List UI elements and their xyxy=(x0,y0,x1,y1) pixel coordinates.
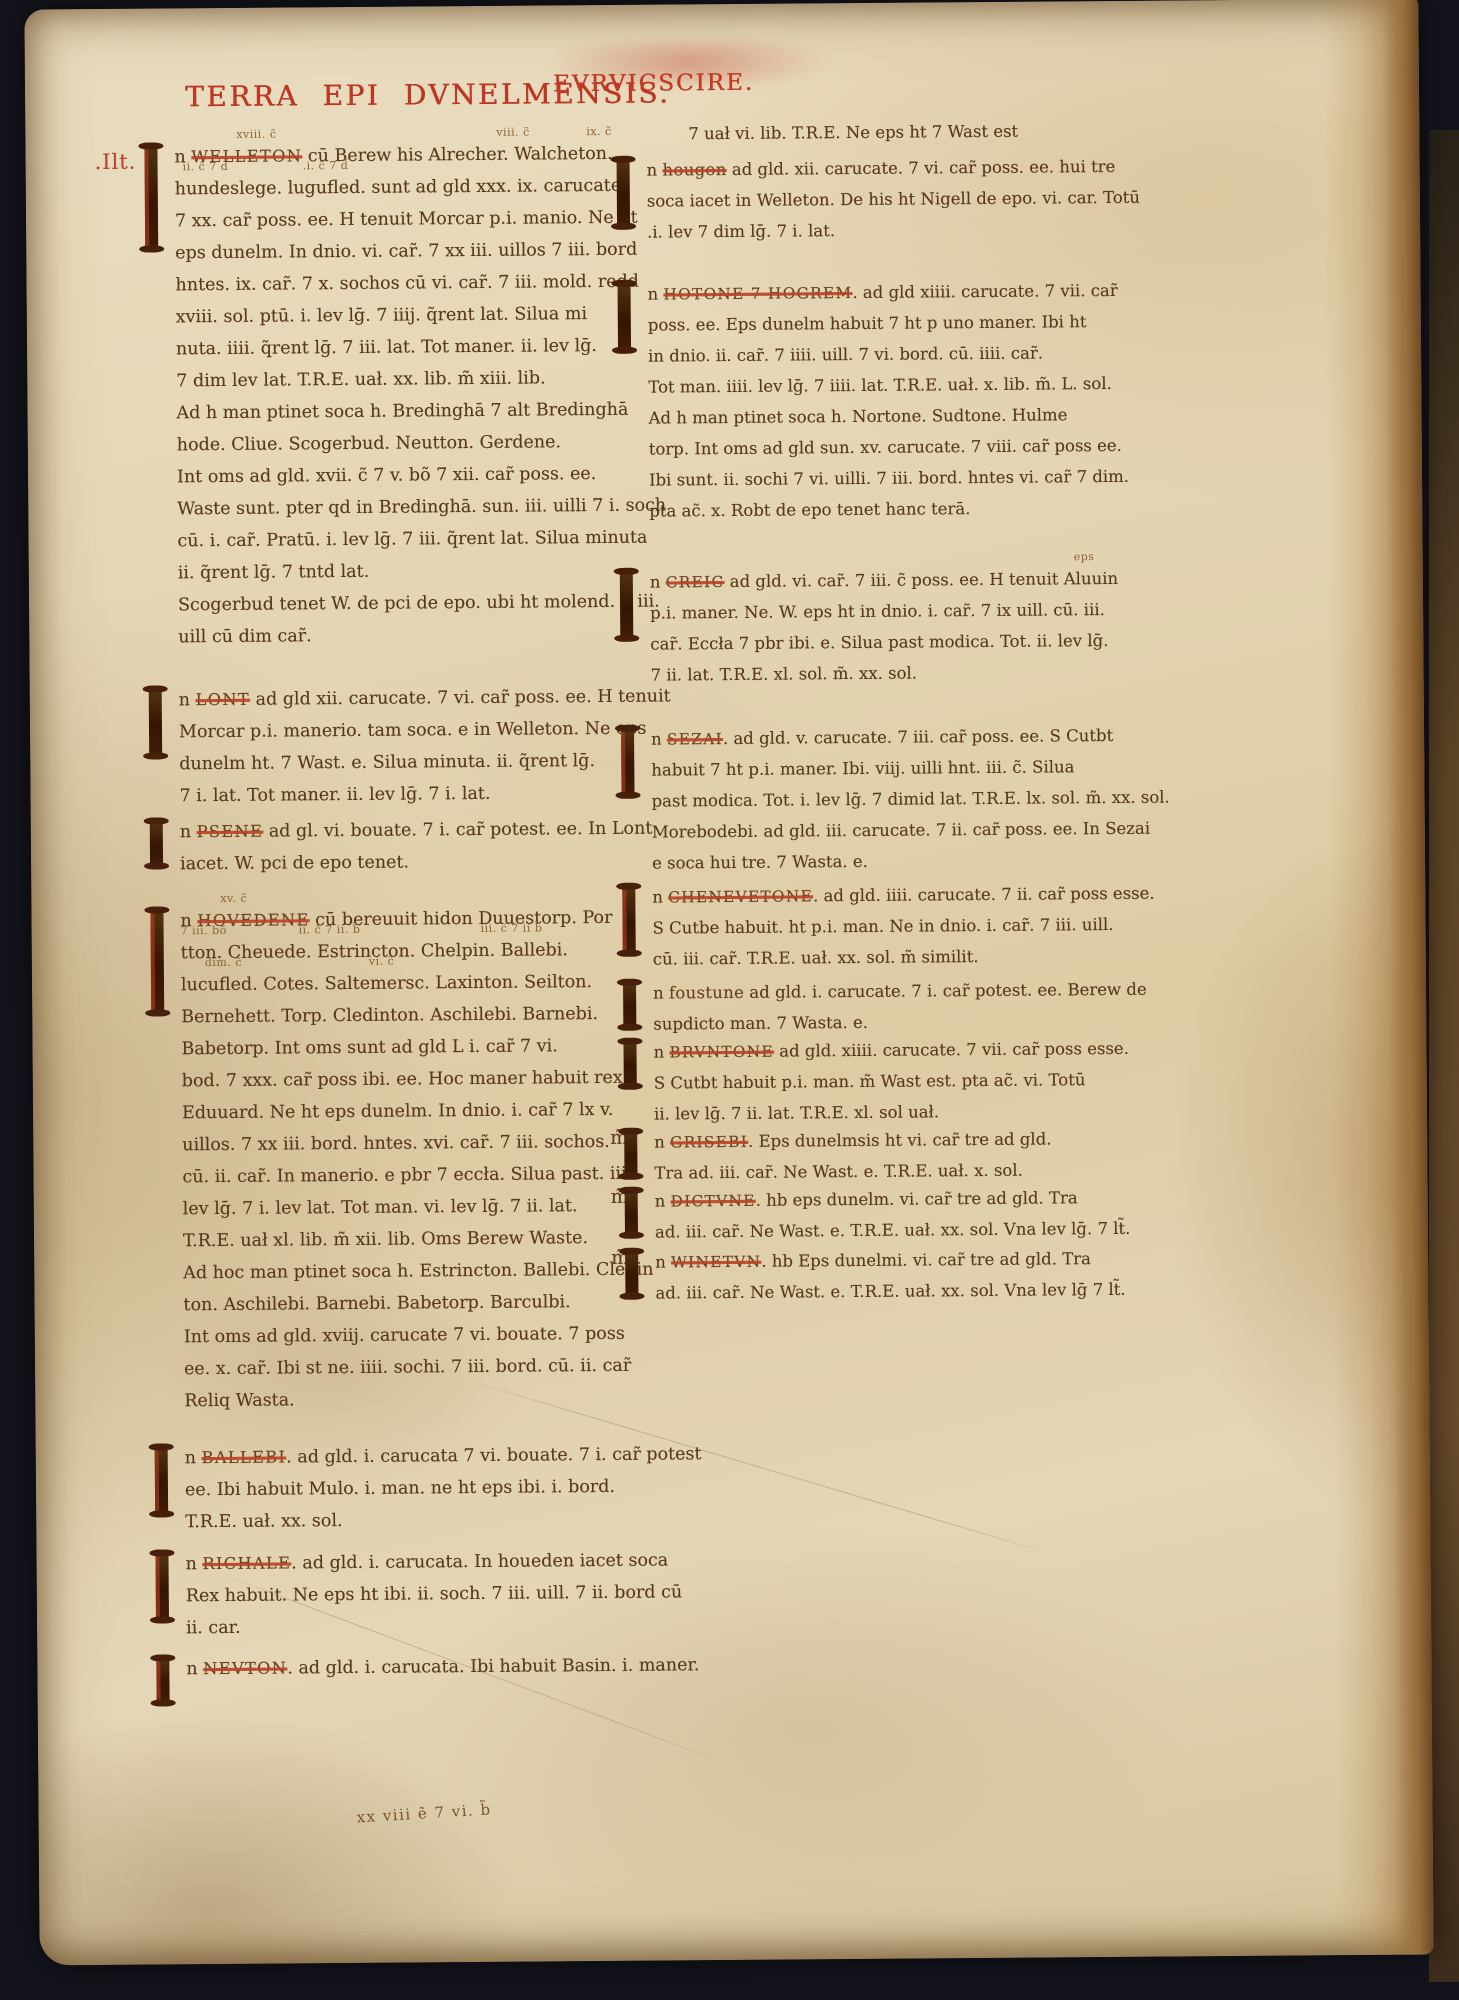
text-line: n Hotone 7 Hogrem. ad gld xiiii. carucat… xyxy=(647,275,1127,310)
text-line: xviii. sol. ptū. i. lev lḡ. 7 iiij. q̃re… xyxy=(176,297,665,333)
entry-sezai: n Sezai. ad gld. v. carucate. 7 iii. car… xyxy=(651,720,1170,879)
text-line: n Welleton cū Berew his Alrecher. Walche… xyxy=(174,137,663,173)
text-line: p.i. maner. Ne. W. eps ht in dnio. i. ca… xyxy=(650,594,1118,629)
line-text: cū Berew his Alrecher. Walcheton. xyxy=(302,144,613,166)
initial-lead: n xyxy=(185,1448,202,1468)
interlinear-gloss: ix. c̃ xyxy=(586,125,611,138)
interlinear-gloss: 7 iii. bõ xyxy=(181,924,227,937)
text-line: Morebodebi. ad gld. iii. carucate. 7 ii.… xyxy=(652,813,1170,848)
text-line: Int oms ad gld. xviij. carucate 7 vi. bo… xyxy=(184,1318,654,1354)
text-line: cū. ii. car̃. In manerio. e pbr 7 eccła.… xyxy=(182,1158,652,1194)
place-name-rubric: hougon xyxy=(662,160,726,180)
line-text: ad gld. xiiii. carucate. 7 vii. car̃ pos… xyxy=(774,1039,1129,1061)
entry-winetvn: m̃n Winetvn. hb Eps dunelmi. vi. car̃ tr… xyxy=(655,1243,1126,1309)
initial-lead: n xyxy=(185,1554,202,1574)
interlinear-gloss: dim. c̃ xyxy=(205,956,242,969)
initial-lead: n xyxy=(652,887,668,906)
illuminated-initial xyxy=(155,1553,169,1619)
line-text: 7 uał vi. lib. T.R.E. Ne eps ht 7 Wast e… xyxy=(688,122,1018,144)
text-line: iacet. W. pci de epo tenet. xyxy=(180,845,653,881)
text-line: lucufled. Cotes. Saltemersc. Laxinton. S… xyxy=(181,966,651,1002)
text-line: n Dictvne. hb eps dunelm. vi. car̃ tre a… xyxy=(655,1182,1131,1217)
manuscript-page: TERRA EPI DVNELMENSIS. EVRVICSCIRE. .Ilt… xyxy=(24,0,1433,1965)
text-line: Eduuard. Ne ht eps dunelm. In dnio. i. c… xyxy=(182,1094,652,1130)
initial-lead: n xyxy=(647,160,663,179)
initial-lead: n xyxy=(648,284,664,303)
text-line: T.R.E. uał xl. lib. m̃ xii. lib. Oms Ber… xyxy=(183,1222,653,1258)
text-line: n Winetvn. hb Eps dunelmi. vi. car̃ tre … xyxy=(655,1243,1125,1278)
binding-gutter xyxy=(1322,0,1433,1955)
text-line: eps dunelm. In dnio. vi. car̃. 7 xx iii.… xyxy=(175,233,664,269)
text-line: n Ballebi. ad gld. i. carucata 7 vi. bou… xyxy=(185,1438,702,1474)
text-line: ad. iii. car̃. Ne Wast. e. T.R.E. uał. x… xyxy=(655,1213,1131,1248)
text-line: S Cutbt habuit p.i. man. m̃ Wast est. pt… xyxy=(654,1064,1130,1099)
text-line: bod. 7 xxx. car̃ poss ibi. ee. Hoc maner… xyxy=(182,1062,652,1098)
text-line: ee. Ibi habuit Mulo. i. man. ne ht eps i… xyxy=(185,1470,702,1506)
place-name-rubric: Brvntone xyxy=(669,1043,774,1062)
text-line: cū. i. car̃. Pratū. i. lev lḡ. 7 iii. q̃… xyxy=(177,521,666,557)
text-line: torp. Int oms ad gld sun. xv. carucate. … xyxy=(649,430,1129,465)
text-line: 7 uał vi. lib. T.R.E. Ne eps ht 7 Wast e… xyxy=(688,116,1018,150)
interlinear-gloss: eps xyxy=(1074,550,1095,563)
place-name-rubric: Winetvn xyxy=(671,1253,761,1272)
entry-dictvne: m̃n Dictvne. hb eps dunelm. vi. car̃ tre… xyxy=(655,1182,1131,1248)
entry-brvntone: n Brvntone ad gld. xiiii. carucate. 7 vi… xyxy=(653,1033,1129,1130)
text-line: hode. Cliue. Scogerbud. Neutton. Gerdene… xyxy=(177,425,666,461)
entry-hougon: n hougon ad gld. xii. carucate. 7 vi. ca… xyxy=(646,151,1140,248)
text-line: habuit 7 ht p.i. maner. Ibi. viij. uilli… xyxy=(651,751,1169,786)
illuminated-initial xyxy=(155,1447,169,1513)
text-line: hundeslege. lugufled. sunt ad gld xxx. i… xyxy=(175,169,664,205)
text-line: n hougon ad gld. xii. carucate. 7 vi. ca… xyxy=(646,151,1139,186)
interlinear-gloss: xviii. c̃ xyxy=(236,128,276,141)
text-line: Ibi sunt. ii. sochi 7 vi. uilli. 7 iii. … xyxy=(649,461,1129,496)
text-line: 7 xx. car̃ poss. ee. H tenuit Morcar p.i… xyxy=(175,201,664,237)
text-line: n Richale. ad gld. i. carucata. In houed… xyxy=(185,1544,682,1580)
text-line: Reliq Wasta. xyxy=(184,1382,654,1418)
text-line: Scogerbud tenet W. de pci de epo. ubi ht… xyxy=(178,585,667,621)
interlinear-gloss: .i. c̃ 7 d̃ xyxy=(303,159,349,172)
entry-creic: epsn Creic ad gld. vi. car̃. 7 iii. c̃ p… xyxy=(650,563,1119,691)
entry-ballebi: n Ballebi. ad gld. i. carucata 7 vi. bou… xyxy=(185,1438,703,1538)
interlinear-gloss: ii. c̃ 7 ii. b̃ xyxy=(299,923,361,936)
text-line: soca iacet in Welleton. De his ht Nigell… xyxy=(647,182,1140,217)
entry-nevton: n Nevton. ad gld. i. carucata. Ibi habui… xyxy=(186,1649,699,1685)
text-line: pta ac̃. x. Robt de epo tenet hanc terā. xyxy=(649,492,1129,527)
line-text: . hb eps dunelm. vi. car̃ tre ad gld. Tr… xyxy=(756,1188,1078,1210)
illuminated-initial xyxy=(156,1658,169,1702)
text-line: uillos. 7 xx iii. bord. hntes. xvi. car̃… xyxy=(182,1126,652,1162)
line-text: ad gld. i. carucate. 7 i. car̃ potest. e… xyxy=(744,980,1147,1002)
initial-lead: n xyxy=(653,1042,669,1061)
text-line: Ad h man ptinet soca h. Nortone. Sudtone… xyxy=(648,399,1128,434)
interlinear-gloss: xv. c̃ xyxy=(220,892,247,905)
text-line: ad. iii. car̃. Ne Wast. e. T.R.E. uał. x… xyxy=(655,1274,1125,1309)
line-text: . hb Eps dunelmi. vi. car̃ tre ad gld. T… xyxy=(761,1249,1091,1271)
entry-welleton: .Ilt.xviii. c̃viii. c̃ix. c̃ii. c̃ 7 d̃.… xyxy=(174,137,667,653)
text-line: 7 dim lev lat. T.R.E. uał. xx. lib. m̃ x… xyxy=(176,361,665,397)
text-line: dunelm ht. 7 Wast. e. Silua minuta. ii. … xyxy=(179,744,671,780)
place-name-rubric: Dictvne xyxy=(671,1192,756,1211)
line-text: ad gl. vi. bouate. 7 i. car̃ potest. ee.… xyxy=(263,819,652,842)
illuminated-initial xyxy=(621,729,635,795)
text-line: n Sezai. ad gld. v. carucate. 7 iii. car… xyxy=(651,720,1169,755)
text-line: 7 i. lat. Tot maner. ii. lev lḡ. 7 i. la… xyxy=(179,776,671,812)
entry-foustune: n foustune ad gld. i. carucate. 7 i. car… xyxy=(653,974,1147,1040)
initial-lead: n xyxy=(654,1132,670,1151)
text-line: n Lont ad gld xii. carucate. 7 vi. car̃ … xyxy=(179,680,671,716)
entry-psene: n Psene ad gl. vi. bouate. 7 i. car̃ pot… xyxy=(180,813,653,881)
text-column-right: 7 uał vi. lib. T.R.E. Ne eps ht 7 Wast e… xyxy=(645,1,1122,1955)
text-line: n Grisebi. Eps dunelmsis ht vi. car̃ tre… xyxy=(654,1123,1051,1157)
illuminated-initial xyxy=(150,821,163,865)
text-line: nuta. iiii. q̃rent lḡ. 7 iii. lat. Tot m… xyxy=(176,329,665,365)
illuminated-initial xyxy=(149,689,163,755)
illuminated-initial xyxy=(150,910,164,1012)
text-line: n foustune ad gld. i. carucate. 7 i. car… xyxy=(653,974,1147,1009)
illuminated-initial xyxy=(623,983,636,1027)
entry-lont: n Lont ad gld xii. carucate. 7 vi. car̃ … xyxy=(179,680,672,812)
place-name-rubric: Lont xyxy=(196,690,251,709)
text-line: Tot man. iiii. lev lḡ. 7 iiii. lat. T.R.… xyxy=(648,368,1128,403)
place-name-rubric: Hotone 7 Hogrem xyxy=(663,284,852,303)
text-line: Rex habuit. Ne eps ht ibi. ii. soch. 7 i… xyxy=(186,1576,683,1612)
text-line: Waste sunt. pter qd in Bredinghā. sun. i… xyxy=(177,489,666,525)
place-name-rubric: Sezai xyxy=(667,730,723,748)
initial-lead: n xyxy=(655,1191,671,1210)
manuscript-photo: TERRA EPI DVNELMENSIS. EVRVICSCIRE. .Ilt… xyxy=(0,0,1459,2000)
text-line: tton. Cheuede. Estrincton. Chelpin. Ball… xyxy=(181,934,651,970)
text-line: e soca hui tre. 7 Wasta. e. xyxy=(652,844,1170,879)
place-name-rubric: Nevton xyxy=(203,1658,287,1678)
text-line: ii. q̃rent lḡ. 7 tntd lat. xyxy=(178,553,667,589)
line-text: . ad gld. v. carucate. 7 iii. car̃ poss.… xyxy=(723,726,1113,748)
line-text: . ad gld. iiii. carucate. 7 ii. car̃ pos… xyxy=(813,884,1155,906)
line-text: . Eps dunelmsis ht vi. car̃ tre ad gld. xyxy=(748,1129,1052,1150)
initial-lead: n xyxy=(186,1659,203,1679)
place-name-rubric: foustune xyxy=(669,983,744,1003)
interlinear-gloss: iii. c̃ 7 ii b̃ xyxy=(481,921,543,934)
folio-number-mark: .Ilt. xyxy=(94,150,136,174)
illuminated-initial xyxy=(618,284,632,350)
text-line: .i. lev 7 dim lḡ. 7 i. lat. xyxy=(647,213,1140,248)
text-line: n Psene ad gl. vi. bouate. 7 i. car̃ pot… xyxy=(180,813,653,849)
line-text: . ad gld xiiii. carucate. 7 vii. car̃ xyxy=(852,281,1117,302)
place-name-rubric: Psene xyxy=(197,822,264,842)
place-name-rubric: Creic xyxy=(666,573,725,591)
text-line: n Creic ad gld. vi. car̃. 7 iii. c̃ poss… xyxy=(650,563,1118,598)
text-line: poss. ee. Eps dunelm habuit 7 ht p uno m… xyxy=(648,306,1128,341)
text-line: Bernehett. Torp. Cledinton. Aschilebi. B… xyxy=(181,998,651,1034)
entry-welleton-continuation: 7 uał vi. lib. T.R.E. Ne eps ht 7 Wast e… xyxy=(646,116,1018,150)
text-line: n Nevton. ad gld. i. carucata. Ibi habui… xyxy=(186,1649,699,1685)
interlinear-gloss: ii. c̃ 7 d̃ xyxy=(183,160,229,173)
line-text: . ad gld. i. carucata 7 vi. bouate. 7 i.… xyxy=(286,1444,701,1467)
text-line: ii. car. xyxy=(186,1608,683,1644)
initial-lead: n xyxy=(179,690,196,710)
line-text: ad gld. xii. carucate. 7 vi. car̃ poss. … xyxy=(727,157,1116,179)
text-line: car̃. Eccła 7 pbr ibi. e. Silua past mod… xyxy=(650,625,1118,660)
text-line: ee. x. car̃. Ibi st ne. iiii. sochi. 7 i… xyxy=(184,1350,654,1386)
adjacent-page-edge xyxy=(1429,130,1459,1982)
entry-chenevetone: n Chenevetone. ad gld. iiii. carucate. 7… xyxy=(652,878,1155,975)
text-line: n Brvntone ad gld. xiiii. carucate. 7 vi… xyxy=(653,1033,1129,1068)
initial-lead: n xyxy=(650,572,666,591)
entry-grisebi: m̃n Grisebi. Eps dunelmsis ht vi. car̃ t… xyxy=(654,1123,1052,1188)
illuminated-initial xyxy=(144,146,158,248)
illuminated-initial xyxy=(624,1132,637,1176)
text-line: ton. Aschilebi. Barnebi. Babetorp. Barcu… xyxy=(183,1286,653,1322)
illuminated-initial xyxy=(622,887,636,953)
entry-richale: n Richale. ad gld. i. carucata. In houed… xyxy=(185,1544,682,1644)
place-name-rubric: Chenevetone xyxy=(668,887,813,906)
text-line: n Hovedene cū bereuuit hidon Duuestorp. … xyxy=(180,902,650,938)
illuminated-initial xyxy=(617,160,631,226)
text-line: S Cutbe habuit. ht p.i. man. Ne in dnio.… xyxy=(652,909,1155,944)
initial-lead: n xyxy=(655,1252,671,1271)
initial-lead: n xyxy=(653,983,669,1002)
illuminated-initial xyxy=(620,572,634,638)
line-text: . ad gld. i. carucata. In houeden iacet … xyxy=(291,1550,668,1573)
text-line: Ad h man ptinet soca h. Bredinghā 7 alt … xyxy=(176,393,665,429)
place-name-rubric: Richale xyxy=(202,1553,291,1573)
text-line: T.R.E. uał. xx. sol. xyxy=(185,1502,702,1538)
entry-hovedene: xv. c̃7 iii. bõii. c̃ 7 ii. b̃iii. c̃ 7 … xyxy=(180,902,654,1418)
text-line: cū. iii. car̃. T.R.E. uał. xx. sol. m̃ s… xyxy=(653,940,1156,975)
initial-lead: n xyxy=(651,729,667,748)
text-column-left: .Ilt.xviii. c̃viii. c̃ix. c̃ii. c̃ 7 d̃.… xyxy=(173,5,672,1959)
text-line: hntes. ix. car̃. 7 x. sochos cū vi. car̃… xyxy=(175,265,664,301)
text-line: uill cū dim car̃. xyxy=(178,617,667,653)
illuminated-initial xyxy=(625,1191,638,1235)
line-text: ad gld xii. carucate. 7 vi. car̃ poss. e… xyxy=(250,686,671,709)
text-line: Ad hoc man ptinet soca h. Estrincton. Ba… xyxy=(183,1254,653,1290)
initial-lead: n xyxy=(180,822,197,842)
place-name-rubric: Grisebi xyxy=(670,1133,748,1152)
text-line: n Chenevetone. ad gld. iiii. carucate. 7… xyxy=(652,878,1155,913)
text-line: lev lḡ. 7 i. lev lat. Tot man. vi. lev l… xyxy=(183,1190,653,1226)
illuminated-initial xyxy=(625,1252,638,1296)
text-line: in dnio. ii. car̃. 7 iiii. uill. 7 vi. b… xyxy=(648,337,1128,372)
text-line: 7 ii. lat. T.R.E. xl. sol. m̃. xx. sol. xyxy=(650,656,1118,691)
illuminated-initial xyxy=(623,1042,636,1086)
interlinear-gloss: vi. c̃ xyxy=(369,955,394,968)
text-line: Int oms ad gld. xvii. c̃ 7 v. bõ 7 xii. … xyxy=(177,457,666,493)
text-line: Babetorp. Int oms sunt ad gld L i. car̃ … xyxy=(181,1030,651,1066)
entry-hotone-hogrem: n Hotone 7 Hogrem. ad gld xiiii. carucat… xyxy=(647,275,1129,527)
place-name-rubric: Ballebi xyxy=(201,1447,286,1467)
text-line: past modica. Tot. i. lev lḡ. 7 dimid lat… xyxy=(651,782,1169,817)
interlinear-gloss: viii. c̃ xyxy=(496,126,530,139)
line-text: ad gld. vi. car̃. 7 iii. c̃ poss. ee. H … xyxy=(724,569,1118,591)
text-line: Morcar p.i. manerio. tam soca. e in Well… xyxy=(179,712,671,748)
